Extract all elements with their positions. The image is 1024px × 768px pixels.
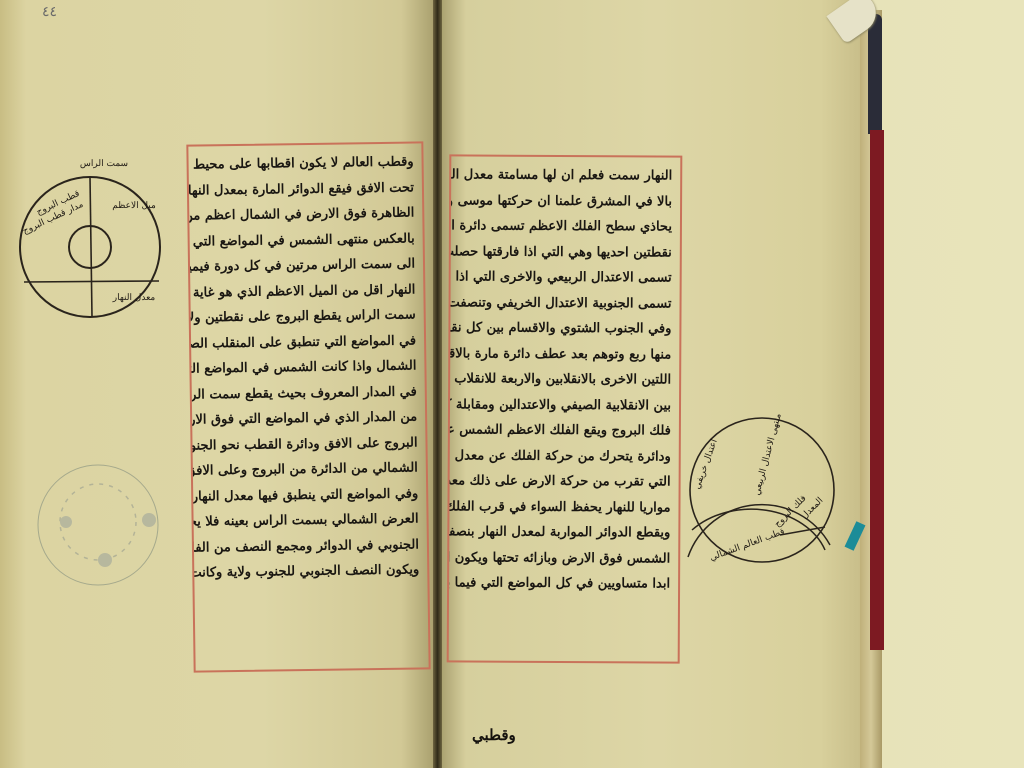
- text-line: ودائرة يتحرك من حركة الفلك عن معدل النها…: [458, 443, 671, 470]
- text-line: فلك البروج ويقع الفلك الاعظم الشمس على ا…: [458, 417, 671, 444]
- svg-text:اعتدال خريفي: اعتدال خريفي: [692, 438, 719, 491]
- text-line: بالعكس منتهى الشمس في المواضع التي فيما …: [198, 226, 415, 255]
- text-line: الجنوبي في الدوائر ومجمع النصف من الفلك …: [202, 532, 419, 561]
- right-text-block: النهار سمت فعلم ان لها مسامتة معدل النها…: [447, 154, 683, 663]
- text-line: الى سمت الراس مرتين في كل دورة فيمين لان…: [198, 252, 415, 281]
- left-text-block: وقطب العالم لا يكون اقطابها على محيط معد…: [186, 141, 430, 672]
- text-line: تسمى الاعتدال الربيعي والاخرى التي اذا ج…: [459, 264, 672, 291]
- text-line: ابدا متساويين في كل المواضع التي فيما بي…: [457, 570, 670, 597]
- svg-text:ميل الاعظم: ميل الاعظم: [112, 201, 156, 211]
- open-manuscript: ٤٤ سمت الراس ميل الاعظم قطب البروج مدار …: [0, 0, 900, 768]
- binding-dark: [868, 14, 882, 134]
- text-line: ويقطع الدوائر المواربة لمعدل النهار بنصف…: [457, 519, 670, 546]
- text-line: سمت الراس يقطع البروج على نقطتين ولا يتس…: [199, 302, 416, 331]
- text-line: وقطب العالم لا يكون اقطابها على محيط معد…: [196, 150, 413, 179]
- diagram-title: سمت الراس: [80, 159, 128, 169]
- text-line: في المدار المعروف بحيث يقطع سمت الراس مر…: [200, 379, 417, 408]
- diagram-zenith: سمت الراس ميل الاعظم قطب البروج مدار قطب…: [14, 150, 166, 325]
- text-line: في المواضع التي تنطبق على المنقلب الصيفي…: [199, 328, 416, 357]
- catchword: وقطبي: [472, 726, 516, 744]
- diagram-ecliptic: اعتدال خريفي منتهى الاعتدال الربيعي المع…: [680, 405, 840, 575]
- text-line: مواريا للنهار يحفظ السواء في قرب الفلك ي…: [457, 494, 670, 521]
- text-line: الظاهرة فوق الارض في الشمال اعظم من الحق…: [197, 201, 414, 230]
- text-line: وفي الجنوب الشتوي والاقسام بين كل نقطتين…: [458, 315, 671, 342]
- text-line: نقطتين احديها وهي التي اذا فارقتها حصلت …: [459, 239, 672, 266]
- text-line: ويكون النصف الجنوبي للجنوب ولاية وكانت ح…: [202, 557, 419, 586]
- text-line: البروج على الافق ودائرة القطب نحو الجنوب…: [200, 430, 417, 459]
- svg-text:منتهى الاعتدال الربيعي: منتهى الاعتدال الربيعي: [752, 412, 784, 496]
- text-line: الشمال واذا كانت الشمس في المواضع التي ع…: [199, 353, 416, 382]
- text-line: الشمس فوق الارض وبازائه تحتها ويكون اللي…: [457, 545, 670, 572]
- text-line: من المدار الذي في المواضع التي فوق الارض…: [200, 404, 417, 433]
- text-line: وفي المواضع التي ينطبق فيها معدل النهار …: [201, 481, 418, 510]
- text-line: بين الانقلابية الصيفي والاعتدالين ومقابل…: [458, 392, 671, 419]
- svg-text:معدل النهار: معدل النهار: [112, 293, 156, 303]
- binding-red: [870, 130, 884, 650]
- text-line: اللتين الاخرى بالانقلابين والاربعة للانق…: [458, 366, 671, 393]
- text-line: تحت الافق فيقع الدوائر المارة بمعدل النه…: [197, 175, 414, 204]
- text-line: منها ربع وتوهم بعد عطف دائرة مارة بالاقط…: [458, 341, 671, 368]
- text-line: العرض الشمالي بسمت الراس بعينه فلا يحور …: [201, 506, 418, 535]
- text-line: النهار سمت فعلم ان لها مسامتة معدل النها…: [459, 162, 672, 189]
- diagram-faint-offset: [35, 450, 165, 600]
- text-line: تسمى الجنوبية الاعتدال الخريفي وتنصفت بي…: [458, 290, 671, 317]
- text-line: الشمالي من الدائرة من البروج وعلى الافق …: [201, 455, 418, 484]
- text-line: التي تقرب من حركة الارض على ذلك معدل الن…: [458, 468, 671, 495]
- folio-number: ٤٤: [42, 4, 57, 20]
- book-gutter: [433, 0, 442, 768]
- text-line: بالا في المشرق علمنا ان حركتها موسى والد…: [459, 188, 672, 215]
- text-line: النهار اقل من الميل الاعظم الذي هو غاية …: [198, 277, 415, 306]
- svg-text:قطب العالم الشمالي: قطب العالم الشمالي: [709, 527, 786, 563]
- text-line: يحاذي سطح الفلك الاعظم تسمى دائرة البروج…: [459, 213, 672, 240]
